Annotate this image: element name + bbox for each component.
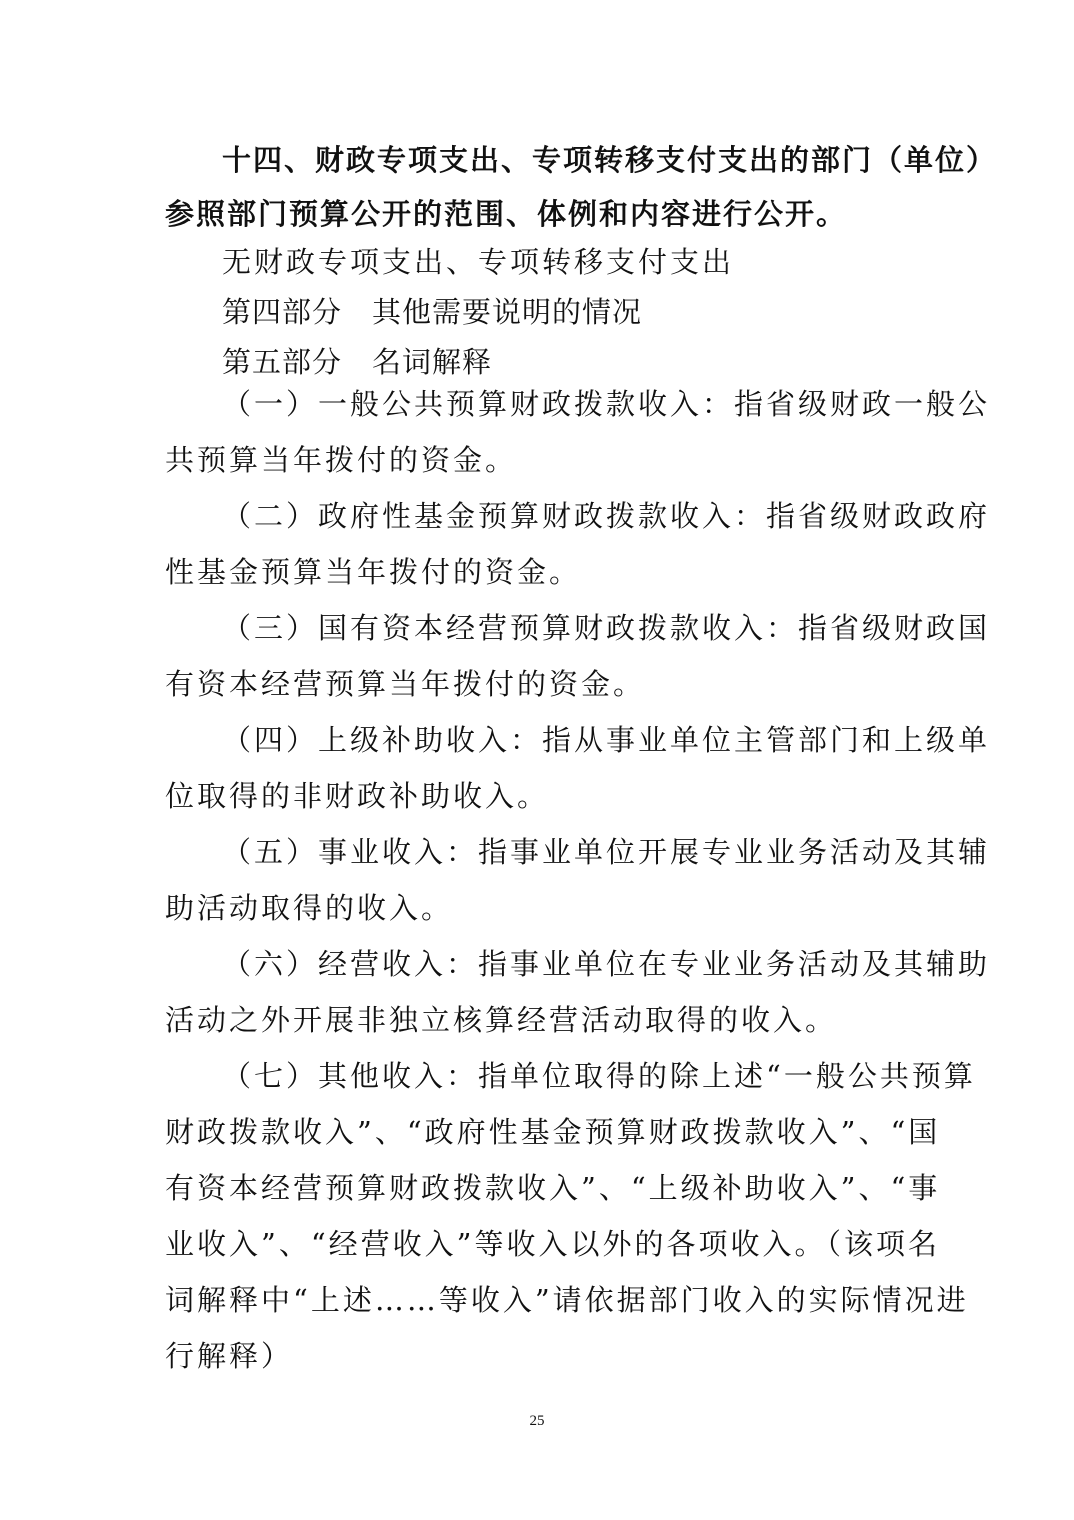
section14-title-line1: 十四、财政专项支出、专项转移支付支出的部门（单位） bbox=[222, 142, 997, 178]
definition-1-line2: 共预算当年拨付的资金。 bbox=[165, 442, 517, 478]
definition-7-line3: 有资本经营预算财政拨款收入”、“上级补助收入”、“事 bbox=[165, 1170, 940, 1206]
definition-7-line2: 财政拨款收入”、“政府性基金预算财政拨款收入”、“国 bbox=[165, 1114, 940, 1150]
part4-heading: 第四部分 其他需要说明的情况 bbox=[222, 294, 642, 330]
page-number: 25 bbox=[0, 1413, 1074, 1430]
definition-6-line1: （六）经营收入：指事业单位在专业业务活动及其辅助 bbox=[222, 946, 990, 982]
definition-7-line5: 词解释中“上述……等收入”请依据部门收入的实际情况进 bbox=[165, 1282, 969, 1318]
definition-3-line1: （三）国有资本经营预算财政拨款收入：指省级财政国 bbox=[222, 610, 990, 646]
definition-1-line1: （一）一般公共预算财政拨款收入：指省级财政一般公 bbox=[222, 386, 990, 422]
definition-2-line2: 性基金预算当年拨付的资金。 bbox=[165, 554, 581, 590]
definition-5-line1: （五）事业收入：指事业单位开展专业业务活动及其辅 bbox=[222, 834, 990, 870]
definition-3-line2: 有资本经营预算当年拨付的资金。 bbox=[165, 666, 645, 702]
definition-4-line1: （四）上级补助收入：指从事业单位主管部门和上级单 bbox=[222, 722, 990, 758]
definition-5-line2: 助活动取得的收入。 bbox=[165, 890, 453, 926]
section14-title-line2: 参照部门预算公开的范围、体例和内容进行公开。 bbox=[165, 196, 847, 232]
definition-7-line1: （七）其他收入：指单位取得的除上述“一般公共预算 bbox=[222, 1058, 976, 1094]
part5-heading: 第五部分 名词解释 bbox=[222, 344, 492, 380]
definition-7-line4: 业收入”、“经营收入”等收入以外的各项收入。（该项名 bbox=[165, 1226, 940, 1262]
definition-4-line2: 位取得的非财政补助收入。 bbox=[165, 778, 549, 814]
definition-2-line1: （二）政府性基金预算财政拨款收入：指省级财政政府 bbox=[222, 498, 990, 534]
definition-7-line6: 行解释） bbox=[165, 1338, 293, 1374]
definition-6-line2: 活动之外开展非独立核算经营活动取得的收入。 bbox=[165, 1002, 837, 1038]
section14-body: 无财政专项支出、专项转移支付支出 bbox=[222, 244, 734, 280]
